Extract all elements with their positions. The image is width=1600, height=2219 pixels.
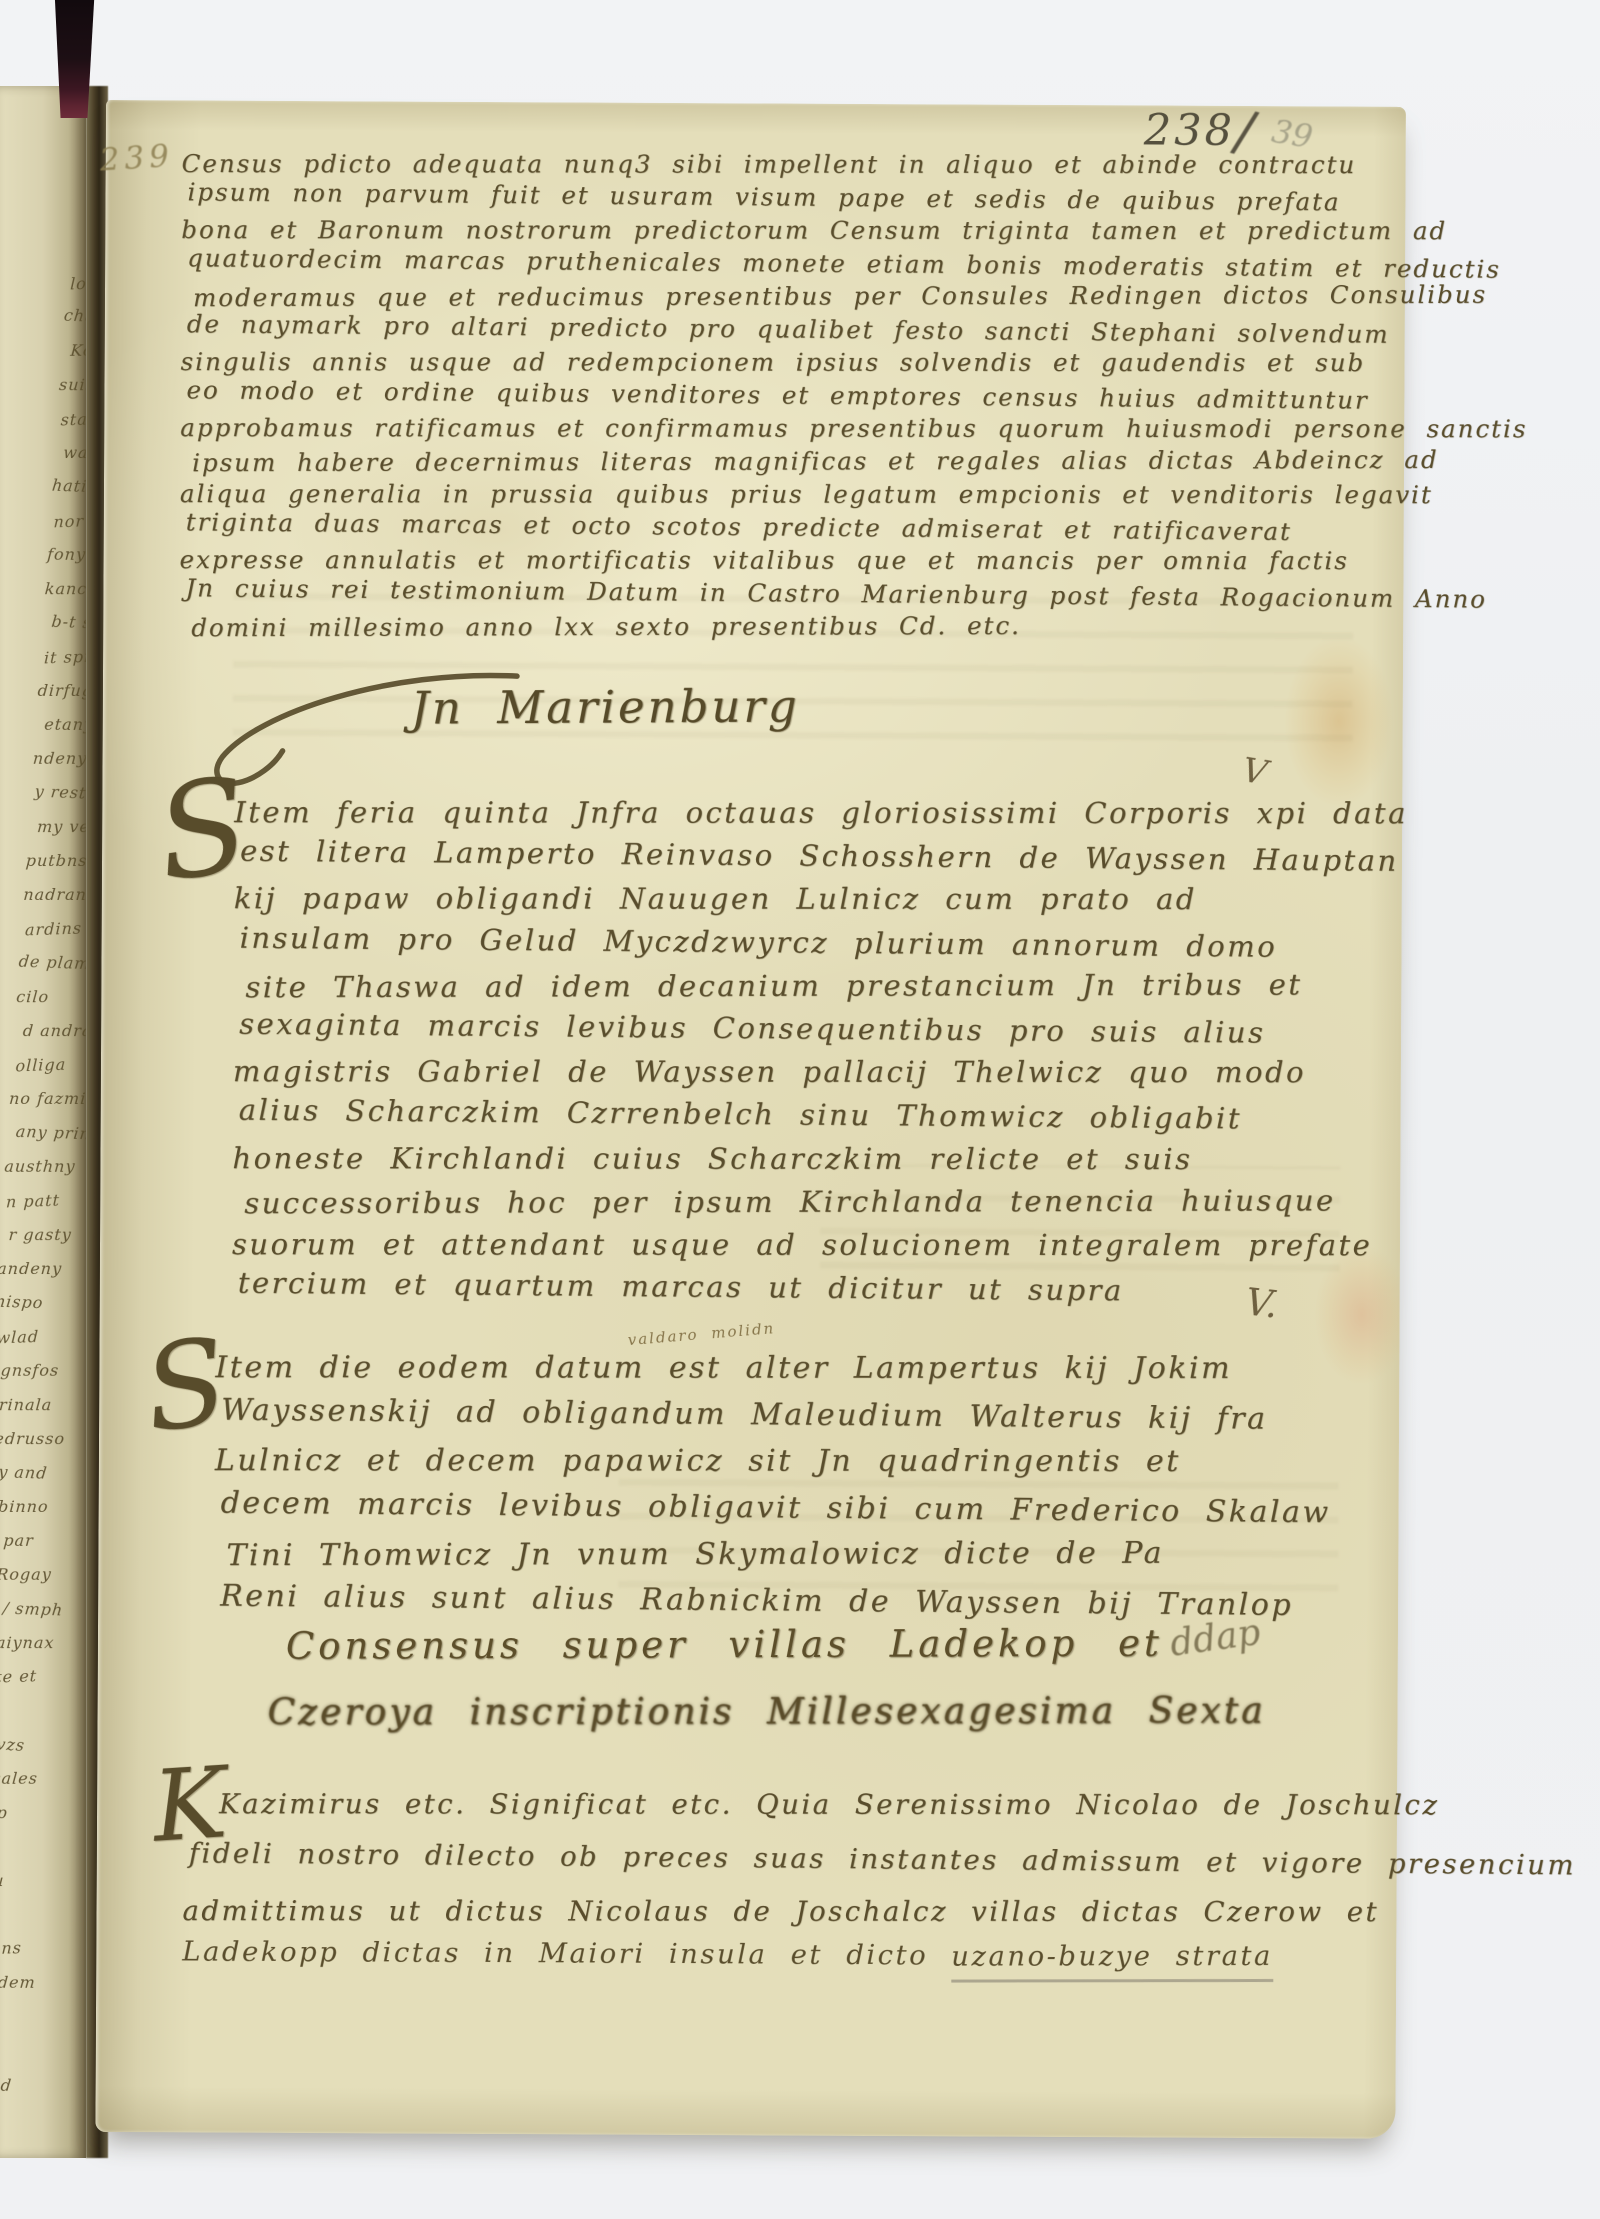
manuscript-line: wlad [0, 1319, 77, 1356]
section-heading-marienburg: Jn Marienburg [411, 680, 800, 735]
manuscript-line: austhny [3, 1150, 86, 1184]
manuscript-line: n quald [0, 2067, 26, 2104]
manuscript-line: honeste Kirchlandi cuius Scharczkim reli… [232, 1137, 1402, 1181]
manuscript-line: magistris Gabriel de Wayssen pallacij Th… [233, 1050, 1403, 1094]
manuscript-line: olliga [15, 1047, 86, 1084]
manuscript-line: wanly [62, 436, 86, 470]
manuscript-line: suorum et attendant usque ad solucionem … [232, 1223, 1402, 1267]
paragraph-1: Census pdicto adequata nunq3 sibi impell… [179, 144, 1412, 645]
manuscript-line: admittimus ut dictus Nicolaus de Joschal… [182, 1885, 1397, 1940]
manuscript-line: t naiynax [0, 1626, 56, 1660]
manuscript-line: cilo [15, 980, 86, 1014]
manuscript-line: successoribus hoc per ipsum Kirchlanda t… [244, 1179, 1414, 1225]
manuscript-line: Item feria quinta Jnfra octauas gloriosi… [234, 791, 1404, 835]
facing-page-marginalia: lotnychallisKonglendsuis surettestamwanl… [0, 266, 86, 2136]
manuscript-line: ndte et [0, 1659, 53, 1696]
manuscript-line: + / smph [0, 1591, 59, 1628]
paragraph-4-last-line: Ladekopp dictas in Maiori insula et dict… [182, 1935, 1273, 1983]
paragraph-3: Item die eodem datum est alter Lampertus… [214, 1343, 1395, 1628]
manuscript-line: kancbir [44, 572, 86, 606]
manuscript-line: Tini Thomwicz Jn vnum Skymalowicz dicte … [226, 1530, 1406, 1580]
paragraph-2: Item feria quinta Jnfra octauas gloriosi… [232, 789, 1405, 1314]
manuscript-line: ardins [24, 911, 86, 948]
manuscript-line: agnsfos [0, 1354, 75, 1388]
manuscript-line: ndeny sand [32, 742, 86, 776]
manuscript-line: stam [60, 401, 86, 438]
manuscript-line: suis surette [58, 368, 86, 402]
paragraph-4: Kazimirus etc. Significat etc. Quia Sere… [182, 1775, 1398, 1942]
rubric-heading-line2: Czeroya inscriptionis Millesexagesima Se… [268, 1691, 1266, 1734]
manuscript-line: cosu [0, 1864, 40, 1898]
manuscript-line: ssatuns [0, 1931, 34, 1968]
manuscript-line: st [0, 2102, 23, 2136]
rubric-heading-line1: Consensus super villas Ladekop et [286, 1622, 1163, 1668]
facing-page-edge: lotnychallisKonglendsuis surettestamwanl… [0, 86, 86, 2158]
manuscript-line: d andra [22, 1014, 86, 1048]
manuscript-page: 239 238/39 Census pdicto adequata nunq3 … [95, 100, 1406, 2139]
manuscript-line: insulam pro Gelud Myczdzwyrcz plurium an… [239, 916, 1409, 969]
manuscript-line: dirfugit [36, 674, 86, 708]
paragraph-4-last-line-text: Ladekopp dictas in Maiori insula et dict… [182, 1935, 951, 1971]
manuscript-line: n patt [5, 1183, 86, 1220]
manuscript-line: no fazmin [8, 1082, 86, 1116]
manuscript-line: putbns [25, 844, 86, 878]
manuscript-line: r gasty [7, 1218, 84, 1252]
manuscript-line: nadrang [22, 878, 86, 912]
manuscript-line: nor ed [53, 503, 86, 540]
manuscript-line: alius Scharczkim Czrrenbelch sinu Thomwi… [239, 1089, 1409, 1142]
manuscript-line: any prim [14, 1115, 86, 1152]
manuscript-line: ft Rogay [0, 1558, 61, 1592]
manuscript-line: etany [43, 708, 86, 742]
manuscript-line: sexaginta marcis levibus Consequentibus … [239, 1003, 1409, 1056]
manuscript-line: Konglend [69, 334, 86, 368]
manuscript-scan: lotnychallisKonglendsuis surettestamwanl… [0, 0, 1600, 2219]
manuscript-line: edrusso [0, 1422, 71, 1456]
manuscript-line: Item die eodem datum est alter Lampertus… [215, 1345, 1395, 1393]
manuscript-line: decem marcis levibus obligavit sibi cum … [220, 1480, 1400, 1537]
manuscript-line: it spi [43, 639, 86, 676]
manuscript-line: kij papaw obligandi Nauugen Lulnicz cum … [234, 878, 1404, 922]
manuscript-line: est litera Lamperto Reinvaso Schosshern … [240, 830, 1410, 883]
margin-check-mark-1: V [1239, 750, 1270, 793]
manuscript-line: Wayssenskij ad obligandum Maleudium Walt… [221, 1387, 1401, 1444]
manuscript-line: hatim [50, 469, 86, 506]
manuscript-line: nispo [0, 1285, 81, 1322]
manuscript-line: and [0, 2034, 28, 2068]
manuscript-line: Kazimirus etc. Significat etc. Quia Sere… [219, 1778, 1398, 1833]
manuscript-line: prinala [0, 1388, 73, 1422]
manuscript-line: alo p [0, 1795, 44, 1832]
manuscript-line: andeny [0, 1252, 82, 1286]
manuscript-line: lotny [70, 265, 86, 302]
manuscript-line: Lulnicz et decem papawicz sit Jn quadrin… [215, 1438, 1395, 1486]
manuscript-line: my vedny [36, 810, 86, 844]
manuscript-line: y restr [33, 775, 86, 812]
manuscript-line: domini millesimo anno lxx sexto presenti… [191, 608, 1421, 644]
manuscript-line: challis [62, 299, 86, 336]
manuscript-line: fony ad [46, 538, 86, 572]
manuscript-line: ansil [0, 1830, 42, 1864]
manuscript-line: ny and [0, 1455, 69, 1492]
manuscript-line: y par [0, 1524, 63, 1558]
manuscript-line: tercium et quartum marcas ut dicitur ut … [238, 1262, 1408, 1315]
manuscript-line: atmd [0, 2000, 30, 2034]
manuscript-line: de plamny [17, 945, 86, 982]
manuscript-line: mdi [0, 1694, 52, 1728]
manuscript-line: ipsum habere decernimus literas magnific… [192, 443, 1422, 479]
manuscript-line: b-t sur [50, 605, 86, 642]
manuscript-line: oanvzs [0, 1727, 50, 1764]
manuscript-line: site Thaswa ad idem decanium prestancium… [245, 963, 1415, 1009]
manuscript-line: th ladem [0, 1966, 33, 2000]
manuscript-line: fabinno [0, 1490, 66, 1524]
manuscript-line: fideli nostro dilecto ob preces suas ins… [189, 1827, 1404, 1891]
manuscript-line: mnti [0, 1897, 38, 1934]
manuscript-line: approbamus ratificamus et confirmamus pr… [180, 411, 1410, 445]
pencil-underlined-text: uzano-buzye strata [951, 1940, 1273, 1983]
manuscript-line: adsales [0, 1762, 47, 1796]
folio-number-left: 239 [99, 138, 175, 179]
